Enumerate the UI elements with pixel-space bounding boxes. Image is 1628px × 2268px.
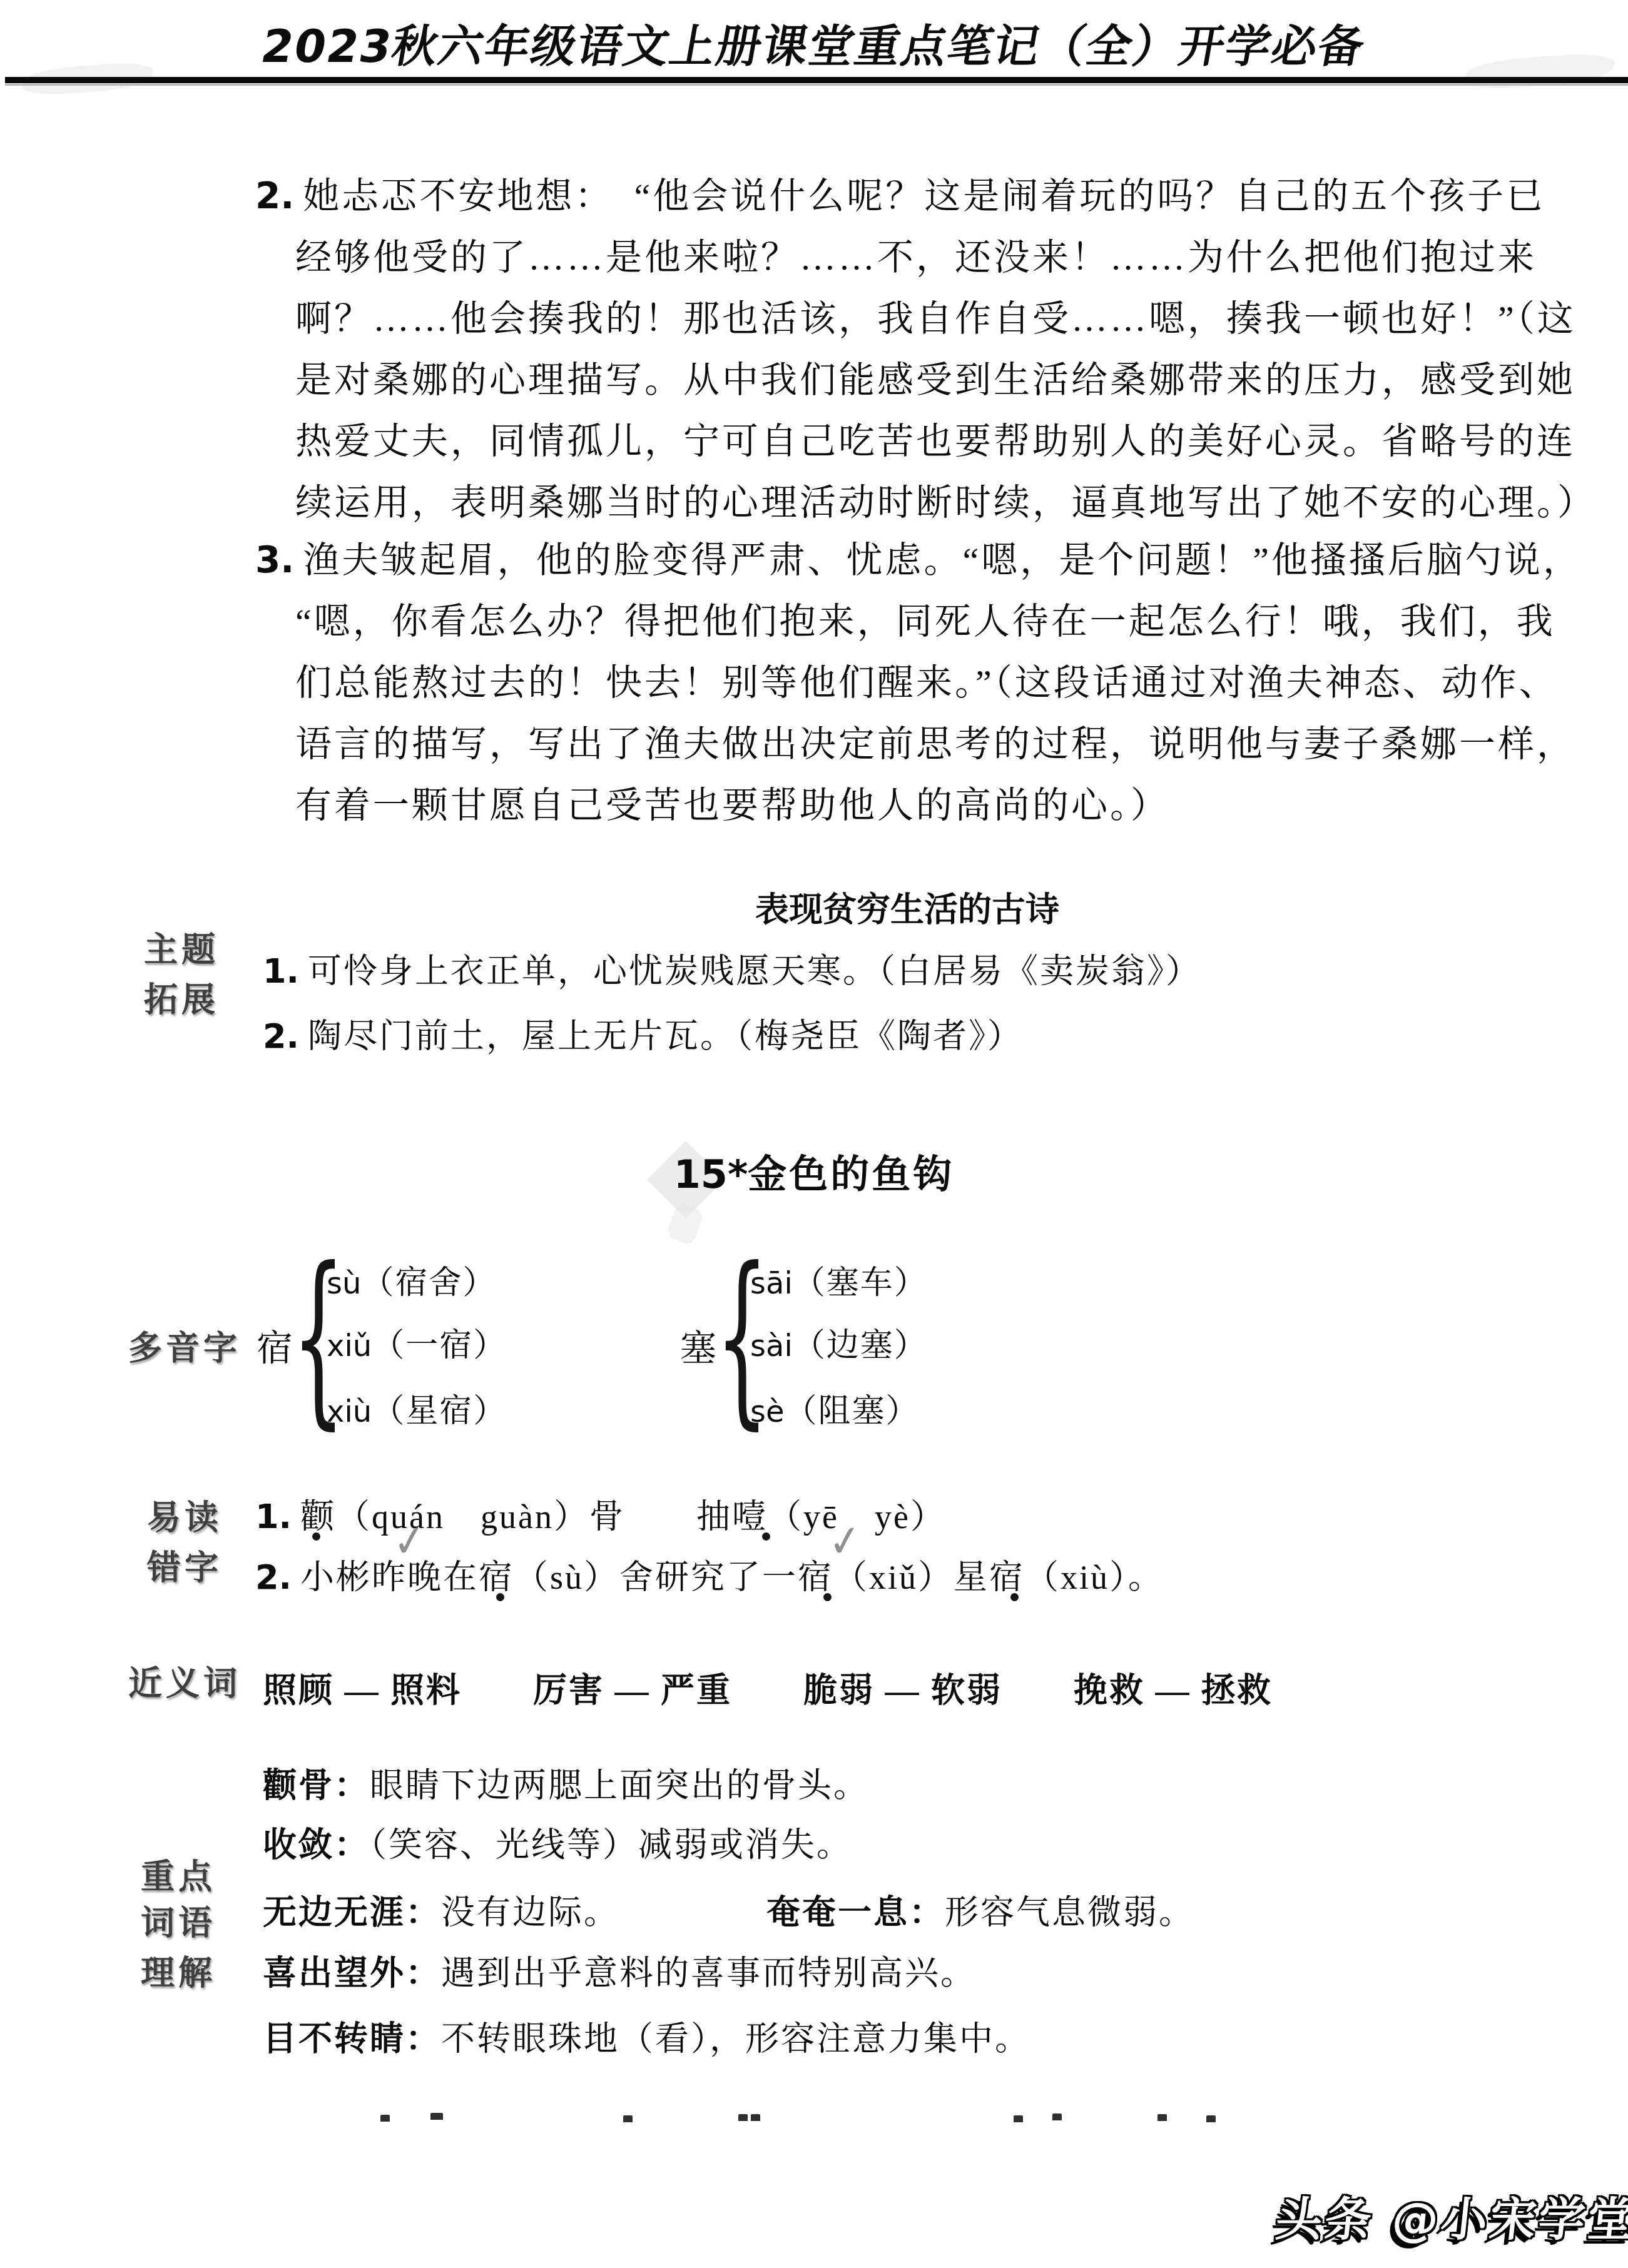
excerpt-paragraph-3: 3.渔夫皱起眉，他的脸变得严肃、忧虑。“嗯，是个问题！”他搔搔后脑勺说， “嗯，… [255, 529, 1582, 836]
lesson-name: 金色的鱼钩 [748, 1152, 954, 1197]
polyphone-reading: sāi（塞车） [750, 1256, 928, 1303]
keyword-definition: （笑容、光线等）减弱或消失。 [370, 1826, 852, 1864]
polyphone-reading: sù（宿舍） [327, 1256, 496, 1303]
example-word: （边塞） [793, 1328, 928, 1364]
example-word: （一宿） [372, 1328, 507, 1364]
example-word: （宿舍） [361, 1265, 496, 1301]
example-word: （阻塞） [785, 1394, 920, 1429]
errorprone-text: 小彬昨晚在宿（sù）舍研究了一宿（xiǔ）星宿（xiù）。 [300, 1559, 1164, 1596]
errorprone-item-2: 2.小彬昨晚在宿（sù）舍研究了一宿（xiǔ）星宿（xiù）。 [255, 1551, 1164, 1599]
correct-checkmark: ✓ [826, 1515, 865, 1569]
keyword-definition: 眼睛下边两腮上面突出的骨头。 [370, 1767, 869, 1805]
polyphone-char: 塞 [680, 1319, 716, 1371]
excerpt-line: 2.她忐忑不安地想： “他会说什么呢？这是闹着玩的吗？自己的五个孩子已 [255, 165, 1596, 227]
item-number: 2. [255, 1557, 292, 1597]
pinyin: sài [750, 1329, 793, 1364]
excerpt-line: “嗯，你看怎么办？得把他们抱来，同死人待在一起怎么行！哦，我们，我 [295, 591, 1582, 652]
keyword-term: 收敛： [263, 1825, 370, 1865]
keyword-term: 颧骨： [263, 1766, 370, 1805]
example-word: （塞车） [793, 1265, 928, 1301]
lesson-number: 15* [674, 1152, 748, 1197]
theme-subtitle: 表现贫穷生活的古诗 [263, 883, 1552, 931]
header-divider-shadow [5, 84, 1628, 86]
excerpt-text: 她忐忑不安地想： “他会说什么呢？这是闹着玩的吗？自己的五个孩子已 [303, 176, 1545, 216]
channel-watermark: 头条 @小宋学堂 [1273, 2183, 1628, 2249]
excerpt-line: 啊？……他会揍我的！那也活该，我自作自受……嗯，揍我一顿也好！”（这 [295, 288, 1596, 350]
keyword-entry: 无边无涯：没有边际。 [263, 1886, 619, 1934]
theme-item-text: 陶尽门前土，屋上无片瓦。（梅尧臣《陶者》） [308, 1018, 1023, 1055]
excerpt-line: 语言的描写，写出了渔夫做出决定前思考的过程，说明他与妻子桑娜一样， [295, 714, 1582, 775]
section-label-synonyms: 近义词 [128, 1657, 241, 1705]
polyphone-char: 宿 [257, 1319, 293, 1371]
theme-item-1: 1.可怜身上衣正单，心忧炭贱愿天寒。（白居易《卖炭翁》） [263, 944, 1201, 993]
section-label-errorprone-2: 错字 [147, 1541, 222, 1589]
keyword-definition: 形容气息微弱。 [945, 1894, 1194, 1931]
section-label-theme-2: 拓展 [144, 973, 219, 1021]
keyword-entry: 喜出望外：遇到出乎意料的喜事而特别高兴。 [263, 1947, 976, 1995]
emphasis-dot [823, 1593, 832, 1601]
lesson-title: 15*金色的鱼钩 [0, 1143, 1628, 1199]
excerpt-paragraph-2: 2.她忐忑不安地想： “他会说什么呢？这是闹着玩的吗？自己的五个孩子已 经够他受… [255, 165, 1596, 534]
section-label-polyphones: 多音字 [128, 1322, 241, 1370]
keyword-entry: 颧骨：眼睛下边两腮上面突出的骨头。 [263, 1759, 869, 1807]
pinyin: xiǔ [327, 1329, 372, 1364]
keyword-entry: 奄奄一息：形容气息微弱。 [766, 1886, 1194, 1934]
pinyin: sè [750, 1394, 785, 1429]
theme-item-2: 2.陶尽门前土，屋上无片瓦。（梅尧臣《陶者》） [263, 1010, 1023, 1058]
excerpt-line: 经够他受的了……是他来啦？……不，还没来！……为什么把他们抱过来 [295, 227, 1596, 288]
theme-item-text: 可怜身上衣正单，心忧炭贱愿天寒。（白居易《卖炭翁》） [308, 953, 1201, 990]
excerpt-line: 是对桑娜的心理描写。从中我们能感受到生活给桑娜带来的压力，感受到她 [295, 350, 1596, 411]
keyword-definition: 不转眼珠地（看），形容注意力集中。 [441, 2020, 1030, 2058]
keyword-entry: 目不转睛：不转眼珠地（看），形容注意力集中。 [263, 2012, 1030, 2060]
polyphone-group-su: 宿 { sù（宿舍） xiǔ（一宿） xiù（星宿） [255, 1251, 656, 1432]
synonyms-line: 照顾 — 照料 厉害 — 严重 脆弱 — 软弱 挽救 — 拯救 [263, 1664, 1273, 1712]
emphasis-dot [496, 1593, 504, 1601]
section-label-errorprone-1: 易读 [147, 1491, 222, 1539]
keyword-term: 喜出望外： [263, 1953, 441, 1993]
item-number: 2. [263, 1016, 299, 1056]
pinyin: sāi [750, 1266, 793, 1301]
pinyin: sù [327, 1266, 361, 1301]
example-word: （星宿） [372, 1394, 507, 1429]
section-label-theme-1: 主题 [144, 923, 219, 971]
keyword-term: 无边无涯： [263, 1893, 441, 1932]
pinyin: xiù [327, 1394, 372, 1429]
excerpt-line: 3.渔夫皱起眉，他的脸变得严肃、忧虑。“嗯，是个问题！”他搔搔后脑勺说， [255, 529, 1582, 591]
excerpt-line: 有着一颗甘愿自己受苦也要帮助他人的高尚的心。） [295, 775, 1582, 836]
polyphone-reading: xiǔ（一宿） [327, 1319, 507, 1365]
page-title: 2023秋六年级语文上册课堂重点笔记（全）开学必备 [0, 10, 1628, 75]
excerpt-text: 渔夫皱起眉，他的脸变得严肃、忧虑。“嗯，是个问题！”他搔搔后脑勺说， [303, 540, 1582, 580]
emphasis-dot [762, 1532, 770, 1541]
emphasis-dot [1010, 1593, 1019, 1601]
polyphone-group-sai: 塞 { sāi（塞车） sài（边塞） sè（阻塞） [679, 1251, 1079, 1432]
polyphone-reading: sè（阻塞） [750, 1384, 920, 1431]
emphasis-dot [312, 1532, 320, 1541]
section-label-keywords-2: 词语 [141, 1896, 216, 1945]
section-label-keywords-3: 理解 [141, 1947, 216, 1995]
excerpt-line: 热爱丈夫，同情孤儿，宁可自己吃苦也要帮助别人的美好心灵。省略号的连 [295, 411, 1596, 472]
excerpt-line: 续运用，表明桑娜当时的心理活动时断时续，逼真地写出了她不安的心理。） [295, 472, 1596, 534]
section-label-keywords-1: 重点 [141, 1850, 216, 1898]
item-number: 3. [255, 529, 294, 590]
keyword-definition: 遇到出乎意料的喜事而特别高兴。 [441, 1955, 976, 1992]
keyword-term: 目不转睛： [263, 2019, 441, 2058]
item-number: 1. [255, 1497, 292, 1536]
polyphone-reading: xiù（星宿） [327, 1384, 507, 1431]
item-number: 1. [263, 951, 299, 991]
keyword-entry: 收敛：（笑容、光线等）减弱或消失。 [263, 1818, 852, 1866]
keyword-definition: 没有边际。 [441, 1894, 619, 1931]
notes-page: 2023秋六年级语文上册课堂重点笔记（全）开学必备 2.她忐忑不安地想： “他会… [0, 0, 1628, 2268]
header-divider [5, 77, 1628, 83]
polyphone-reading: sài（边塞） [750, 1319, 928, 1365]
excerpt-line: 们总能熬过去的！快去！别等他们醒来。”（这段话通过对渔夫神态、动作、 [295, 652, 1582, 714]
keyword-term: 奄奄一息： [766, 1893, 945, 1932]
item-number: 2. [255, 165, 294, 226]
title-watermark-smudge-tail [665, 1202, 705, 1246]
correct-checkmark: ✓ [390, 1515, 429, 1569]
